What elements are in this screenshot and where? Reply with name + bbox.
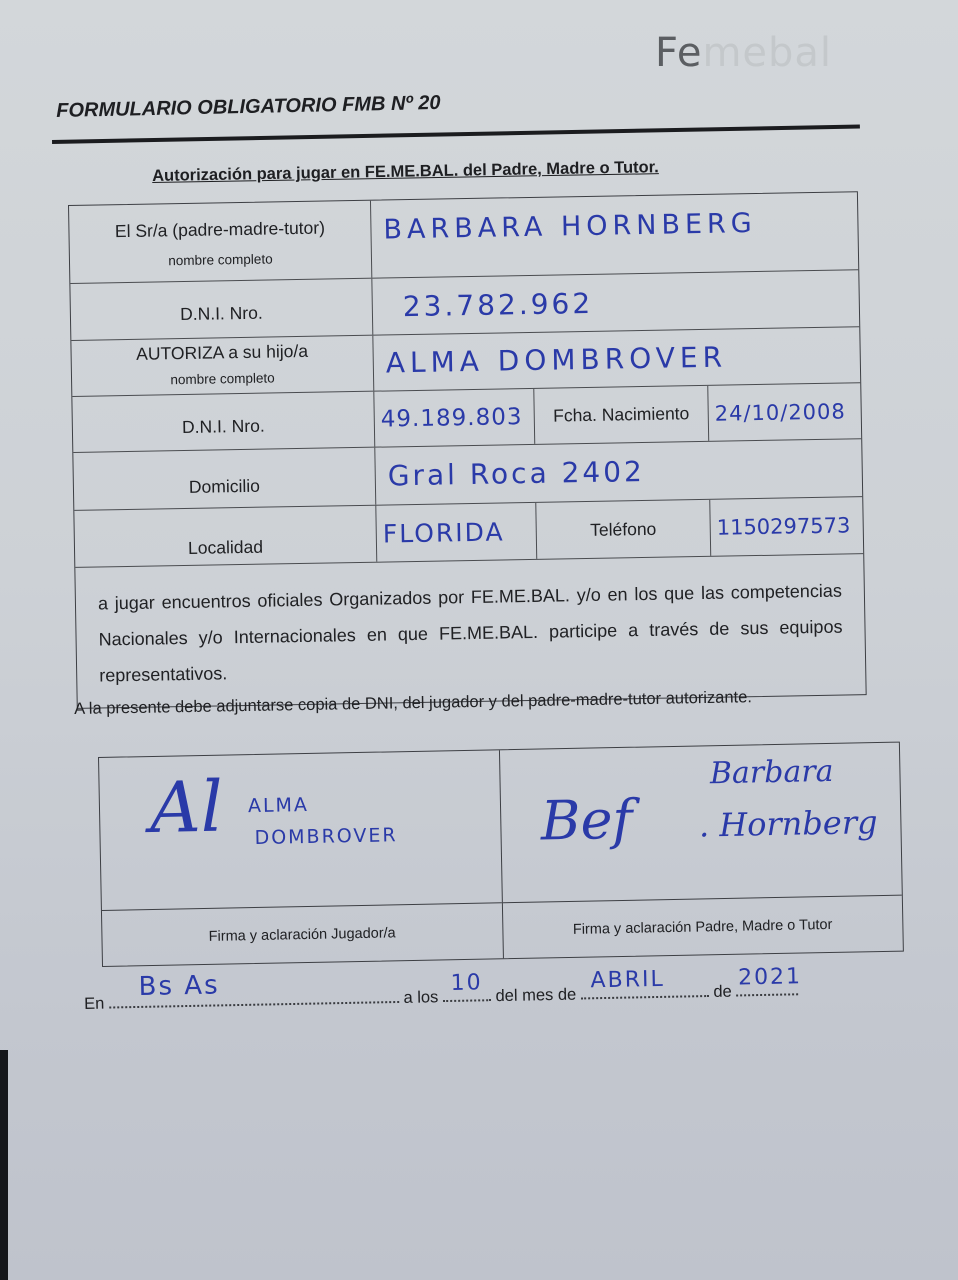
place-field[interactable]: Bs As [109,989,399,1009]
day-field[interactable]: 10 [443,987,491,1002]
guardian-signature-box[interactable]: Bef Barbara . Hornberg [499,743,901,904]
player-signature-mark: Al [149,766,224,849]
child-dni-label-cell: D.N.I. Nro. [72,392,375,452]
place-date-line: En Bs As a los 10 del mes de ABRIL de 20… [84,981,799,1014]
place-value: Bs As [138,970,220,1002]
phone-field[interactable]: 1150297573 [710,497,863,556]
child-dni-value: 49.189.803 [381,404,523,432]
year-value: 2021 [738,964,802,990]
phone-value: 1150297573 [717,513,851,539]
a-los-label: a los [403,988,438,1007]
phone-label-cell: Teléfono [536,500,711,559]
address-label-cell: Domicilio [73,448,376,510]
locality-field[interactable]: FLORIDA [376,503,537,562]
guardian-name-sublabel: nombre completo [70,250,371,270]
locality-label: Localidad [187,514,263,558]
birth-date-label: Fcha. Nacimiento [553,403,690,426]
address-label: Domicilio [188,460,260,498]
guardian-signature-caption: Firma y aclaración Padre, Madre o Tutor [502,896,902,959]
birth-date-label-cell: Fcha. Nacimiento [534,386,709,444]
guardian-signature-mark: Bef [540,788,633,853]
paper-sheet: Femebal FORMULARIO OBLIGATORIO FMB Nº 20… [0,0,958,1280]
scan-dark-edge [0,1050,8,1280]
form-title: FORMULARIO OBLIGATORIO FMB Nº 20 [56,92,441,123]
month-label: del mes de [495,986,576,1006]
address-field[interactable]: Gral Roca 2402 [375,439,862,504]
logo-strong-text: Fe [655,30,702,76]
authorization-text-row: a jugar encuentros oficiales Organizados… [75,554,865,708]
child-dni-label: D.N.I. Nro. [182,406,265,438]
address-value: Gral Roca 2402 [387,455,645,492]
birth-date-value: 24/10/2008 [715,399,846,425]
logo-faded-text: mebal [702,30,832,76]
guardian-name-row: El Sr/a (padre-madre-tutor) nombre compl… [69,192,858,284]
locality-value: FLORIDA [383,517,505,548]
guardian-dni-label: D.N.I. Nro. [180,294,263,324]
signature-table: Al ALMA DOMBROVER Firma y aclaración Jug… [98,742,904,967]
guardian-name-value: BARBARA HORNBERG [383,208,757,246]
player-signature-column: Al ALMA DOMBROVER Firma y aclaración Jug… [99,750,503,966]
child-name-value: ALMA DOMBROVER [386,341,728,380]
en-label: En [84,995,105,1013]
birth-date-field[interactable]: 24/10/2008 [708,383,861,441]
child-name-sublabel: nombre completo [72,369,373,389]
guardian-clarification-line1: Barbara [710,754,834,791]
year-label: de [713,983,732,1001]
locality-label-cell: Localidad [74,506,377,567]
guardian-dni-field[interactable]: 23.782.962 [372,270,859,334]
femebal-logo: Femebal [655,30,832,76]
phone-label: Teléfono [590,518,657,540]
guardian-signature-column: Bef Barbara . Hornberg Firma y aclaració… [499,743,902,959]
month-field[interactable]: ABRIL [581,983,709,999]
player-clarification-line1: ALMA [248,794,309,817]
guardian-dni-label-cell: D.N.I. Nro. [70,279,373,340]
form-subtitle: Autorización para jugar en FE.ME.BAL. de… [152,158,659,186]
authorization-table: El Sr/a (padre-madre-tutor) nombre compl… [68,191,867,709]
guardian-name-label-cell: El Sr/a (padre-madre-tutor) nombre compl… [69,201,372,283]
player-clarification-line2: DOMBROVER [254,824,397,849]
child-name-label: AUTORIZA a su hijo/a [71,336,372,366]
child-dni-field[interactable]: 49.189.803 [374,389,535,447]
guardian-name-label: El Sr/a (padre-madre-tutor) [69,201,371,243]
child-name-field[interactable]: ALMA DOMBROVER [373,327,860,390]
guardian-clarification-line2: . Hornberg [699,803,878,844]
player-signature-box[interactable]: Al ALMA DOMBROVER [99,750,501,911]
title-divider [52,124,860,144]
month-value: ABRIL [590,967,665,993]
guardian-name-field[interactable]: BARBARA HORNBERG [371,192,858,277]
child-name-label-cell: AUTORIZA a su hijo/a nombre completo [71,336,374,396]
authorization-text: a jugar encuentros oficiales Organizados… [75,554,865,708]
year-field[interactable]: 2021 [736,981,798,996]
guardian-dni-value: 23.782.962 [403,286,594,322]
day-value: 10 [450,970,482,996]
player-signature-caption: Firma y aclaración Jugador/a [102,903,502,966]
